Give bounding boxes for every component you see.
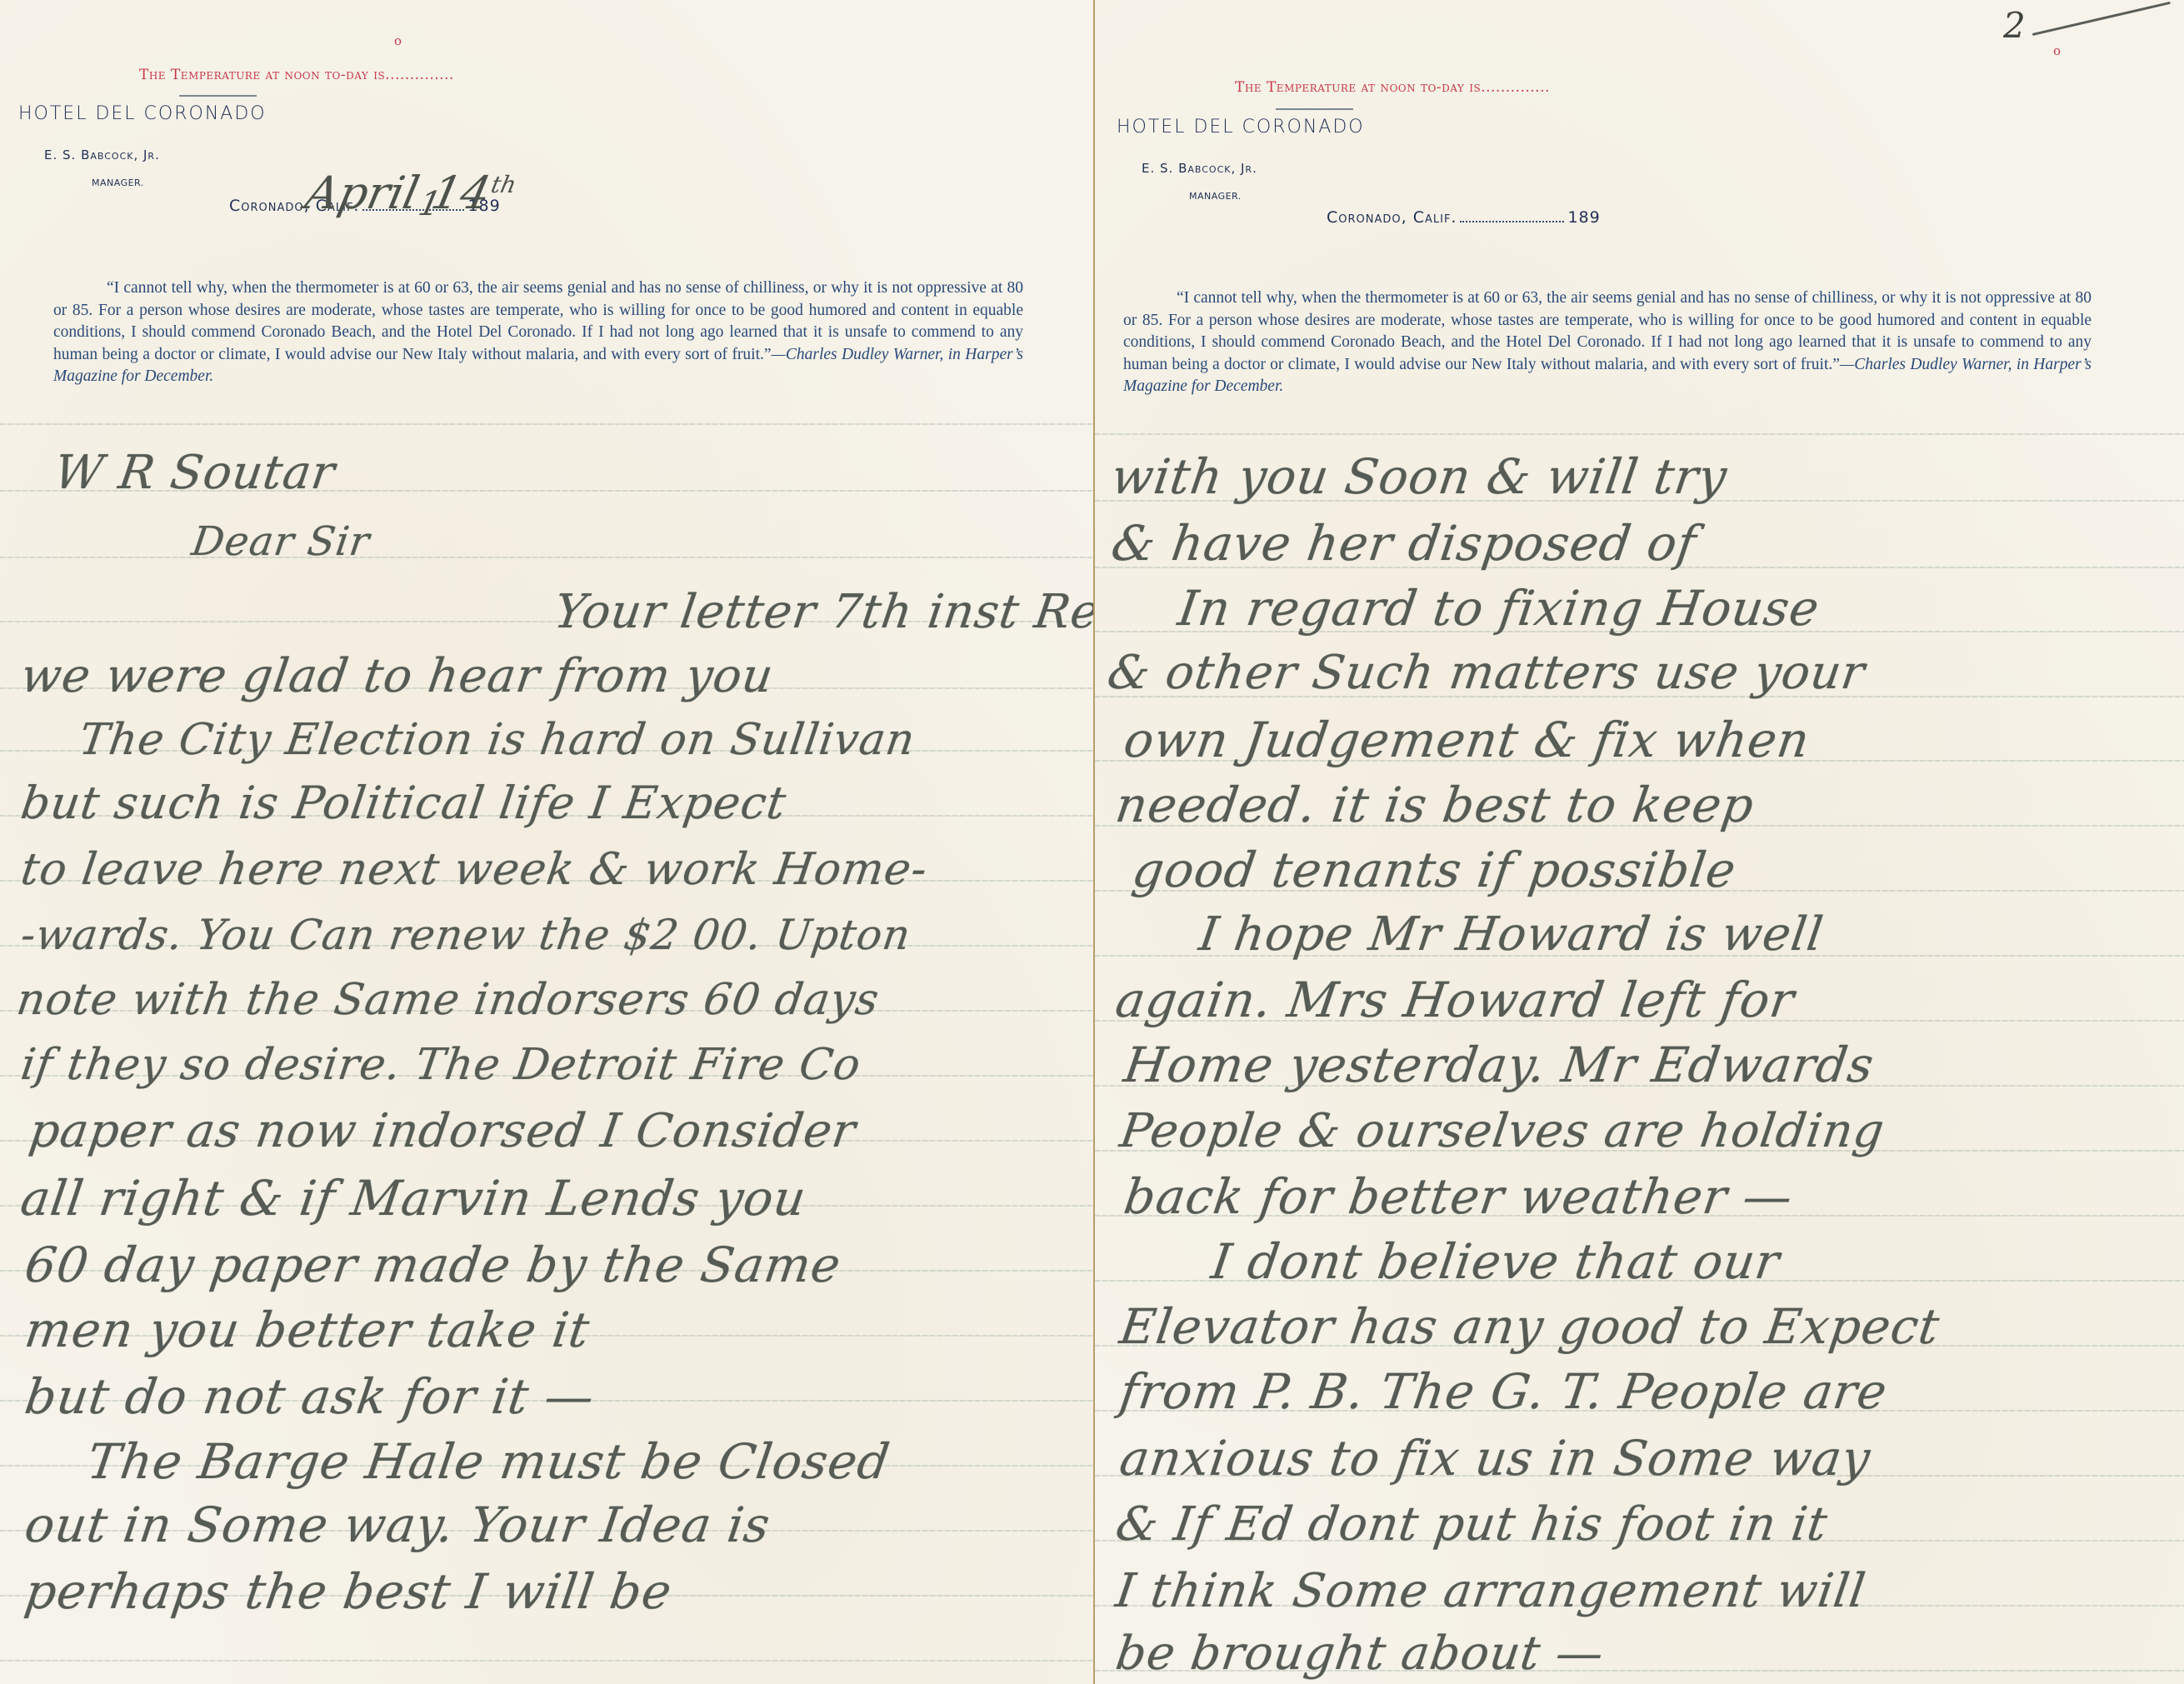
quote-line: malaria, and with every sort of fruit.”	[526, 346, 772, 363]
salutation-recipient: W R Soutar	[50, 440, 339, 507]
handwritten-line: People & ourselves are holding	[1116, 1098, 1889, 1165]
handwritten-line: men you better take it	[21, 1297, 594, 1363]
handwritten-date: April 14th	[301, 167, 519, 219]
handwritten-line: note with the Same indorsers 60 days	[12, 967, 883, 1033]
handwritten-line: again. Mrs Howard left for	[1112, 967, 1799, 1033]
year-prefix: 189	[1567, 208, 1600, 227]
hotel-name: HOTEL DEL CORONADO	[1117, 117, 1365, 137]
handwritten-line: back for better weather —	[1120, 1163, 1797, 1230]
quote-line: should commend Coronado Beach, and the H…	[142, 323, 822, 341]
handwritten-line: perhaps the best I will be	[21, 1558, 677, 1625]
manager-name: E. S. Babcock, Jr.	[1142, 161, 1257, 176]
promotional-quote: “I cannot tell why, when the thermometer…	[1123, 287, 2092, 398]
ruled-line	[1095, 433, 2184, 435]
handwritten-line: we were glad to hear from you	[17, 643, 777, 710]
letter-page-2: 2 o The Temperature at noon to-day is...…	[1095, 0, 2184, 1684]
handwritten-line: The City Election is hard on Sullivan	[75, 707, 919, 773]
handwritten-line: anxious to fix us in Some way	[1116, 1425, 1875, 1492]
promotional-quote: “I cannot tell why, when the thermometer…	[53, 277, 1023, 388]
handwritten-line: Your letter 7th inst Recd	[550, 579, 1093, 646]
temperature-label: The Temperature at noon to-day is	[1235, 79, 1481, 96]
handwritten-line: Home yesterday. Mr Edwards	[1120, 1032, 1878, 1098]
salutation: Dear Sir	[187, 508, 374, 575]
handwritten-line: out in Some way. Your Idea is	[21, 1492, 775, 1558]
handwritten-line: & have her disposed of	[1107, 510, 1701, 577]
date-blank	[1460, 220, 1564, 222]
handwritten-line: with you Soon & will try	[1107, 443, 1732, 510]
degree-mark: o	[2053, 43, 2061, 58]
handwritten-line: I hope Mr Howard is well	[1195, 902, 1827, 968]
ruled-line	[0, 423, 1093, 425]
degree-mark: o	[394, 33, 402, 48]
handwritten-line: & other Such matters use your	[1103, 640, 1869, 707]
handwritten-line: from P. B. The G. T. People are	[1116, 1358, 1892, 1425]
handwritten-line: to leave here next week & work Home-	[17, 837, 932, 903]
manager-title: MANAGER.	[92, 177, 144, 188]
date-text: April 14	[301, 167, 495, 219]
ruled-line	[0, 1660, 1093, 1662]
handwritten-line: I dont believe that our	[1207, 1228, 1784, 1295]
place-date-line: Coronado, Calif. 189	[1327, 208, 1601, 227]
quote-line: should commend Coronado Beach, and the H…	[1212, 333, 1891, 351]
header-rule	[1276, 108, 1353, 110]
date-suffix: th	[488, 171, 518, 198]
temperature-blank: ..............	[385, 67, 454, 83]
page-number: 2	[2003, 5, 2026, 46]
quote-line: malaria, and with every sort of fruit.”	[1595, 356, 1840, 373]
handwritten-line: 60 day paper made by the Same	[21, 1232, 846, 1298]
handwritten-line: paper as now indorsed I Consider	[25, 1098, 860, 1165]
header-rule	[179, 95, 257, 97]
handwritten-line: own Judgement & fix when	[1120, 707, 1814, 773]
temperature-header: The Temperature at noon to-day is.......…	[139, 67, 454, 83]
handwritten-line: -wards. You Can renew the $2 00. Upton	[17, 902, 915, 968]
temperature-blank: ..............	[1481, 79, 1550, 96]
quote-line: “I cannot tell why, when the thermometer…	[107, 279, 739, 297]
handwritten-line: but do not ask for it —	[21, 1363, 599, 1430]
temperature-label: The Temperature at noon to-day is	[139, 67, 385, 83]
ruled-line	[0, 557, 1093, 558]
place-label: Coronado, Calif.	[1327, 208, 1457, 227]
hotel-name: HOTEL DEL CORONADO	[18, 103, 267, 124]
handwritten-line: & If Ed dont put his foot in it	[1112, 1492, 1832, 1558]
handwritten-line: but such is Political life I Expect	[17, 770, 791, 837]
quote-line: “I cannot tell why, when the thermometer…	[1177, 289, 1807, 307]
handwritten-line: The Barge Hale must be Closed	[83, 1428, 894, 1495]
handwritten-line: I think Some arrangement will	[1112, 1558, 1870, 1625]
temperature-header: The Temperature at noon to-day is.......…	[1235, 79, 1550, 96]
letter-page-1: o The Temperature at noon to-day is.....…	[0, 0, 1093, 1684]
handwritten-line: be brought about —	[1112, 1621, 1608, 1684]
handwritten-line: good tenants if possible	[1128, 837, 1741, 903]
manager-name: E. S. Babcock, Jr.	[44, 147, 160, 162]
page-number-flourish	[2032, 2, 2171, 36]
manager-title: MANAGER.	[1189, 191, 1242, 202]
handwritten-line: In regard to fixing House	[1174, 575, 1824, 642]
handwritten-line: Elevator has any good to Expect	[1116, 1293, 1944, 1360]
handwritten-line: all right & if Marvin Lends you	[17, 1165, 811, 1232]
handwritten-line: needed. it is best to keep	[1112, 772, 1758, 838]
handwritten-line: if they so desire. The Detroit Fire Co	[17, 1032, 865, 1098]
